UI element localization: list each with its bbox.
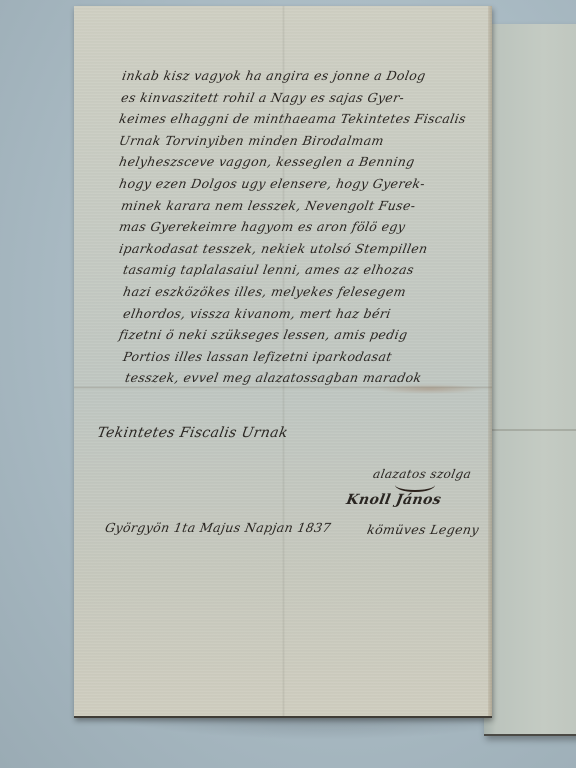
body-line: inkab kisz vagyok ha angira es jonne a D… bbox=[121, 68, 427, 83]
body-line: keimes elhaggni de minthaeama Tekintetes… bbox=[118, 111, 467, 126]
body-line: helyheszsceve vaggon, kesseglen a Bennin… bbox=[118, 154, 416, 169]
body-line: tasamig taplalasaiul lenni, ames az elho… bbox=[122, 262, 415, 277]
body-line: fizetni ö neki szükseges lessen, amis pe… bbox=[118, 327, 409, 342]
body-line: elhordos, vissza kivanom, mert haz béri bbox=[122, 306, 392, 321]
fold-line bbox=[484, 429, 576, 431]
body-line: iparkodasat tesszek, nekiek utolsó Stemp… bbox=[118, 241, 429, 256]
salutation: Tekintetes Fiscalis Urnak bbox=[96, 425, 289, 441]
body-line: mas Gyerekeimre hagyom es aron fölö egy bbox=[118, 219, 407, 234]
body-line: Urnak Torvinyiben minden Birodalmam bbox=[118, 133, 385, 148]
body-line-last: tesszek, evvel meg alazatossagban marado… bbox=[124, 370, 423, 385]
signature: Knoll János bbox=[345, 492, 443, 508]
page-edge-fold bbox=[488, 6, 492, 716]
water-stain bbox=[374, 384, 484, 394]
folded-back-page bbox=[484, 24, 576, 736]
date-line: Györgyön 1ta Majus Napjan 1837 bbox=[104, 520, 332, 535]
body-line: es kinvaszitett rohil a Nagy es sajas Gy… bbox=[120, 90, 406, 105]
signer-title: kömüves Legeny bbox=[366, 522, 480, 537]
closing-flourish bbox=[395, 478, 435, 492]
body-line: Portios illes lassan lefizetni iparkodas… bbox=[122, 349, 393, 364]
body-line: hogy ezen Dolgos ugy elensere, hogy Gyer… bbox=[118, 176, 426, 191]
body-line: hazi eszközökes illes, melyekes felesege… bbox=[122, 284, 407, 299]
body-line: minek karara nem lesszek, Nevengolt Fuse… bbox=[120, 198, 417, 213]
